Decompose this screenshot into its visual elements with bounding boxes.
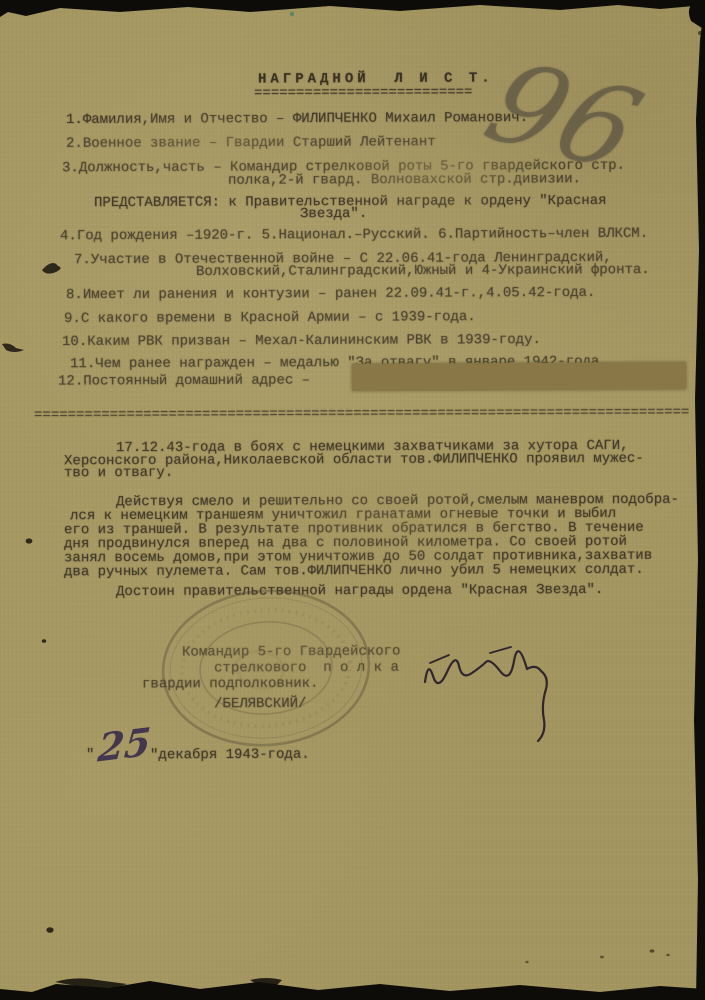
scan-edge-right	[694, 0, 705, 1000]
field-presented-cont: Звезда".	[300, 207, 367, 223]
field-name: 1.Фамилия,Имя и Отчество – ФИЛИПЧЕНКО Ми…	[66, 111, 528, 128]
scan-edge-bottom-smudge	[55, 978, 282, 989]
field-drafted-by: 10.Каким РВК призван – Мехал-Калининским…	[62, 333, 541, 350]
date-open-quote: "	[86, 748, 94, 763]
award-sheet-page: НАГРАДНОЙ Л И С Т. =====================…	[0, 0, 705, 1000]
field-home-address: 12.Постоянный домашний адрес –	[58, 373, 310, 389]
date-typed: "декабря 1943-года.	[150, 748, 310, 764]
title-underline: ==========================	[254, 86, 473, 102]
field-wounds: 8.Имеет ли ранения и контузии – ранен 22…	[66, 286, 595, 304]
signature-ink	[425, 647, 547, 741]
signer-rank-line: гвардии подполковник.	[142, 677, 319, 693]
handwritten-day-number: 25	[96, 718, 153, 770]
scan-edge-top	[0, 0, 705, 17]
field-army-since: 9.С какого времени в Красной Армии – с 1…	[64, 310, 476, 327]
signer-name-typed: /БЕЛЯВСКИЙ/	[214, 697, 306, 713]
scan-edge-bottom	[0, 981, 705, 1000]
teal-speck	[290, 12, 294, 16]
field-birth-nation-party: 4.Год рождения –1920-г. 5.Национал.–Русс…	[60, 227, 648, 245]
citation-line: тво и отвагу.	[64, 466, 173, 482]
field-war-participation-cont: Волховский,Сталинградский,Южный и 4-Укра…	[196, 263, 650, 280]
citation-line: два ручных пулемета. Сам тов.ФИЛИПЧЕНКО …	[64, 563, 644, 581]
signer-title-line: стрелкового п о л к а	[214, 661, 399, 677]
field-rank: 2.Военное звание – Гвардии Старший Лейте…	[66, 135, 436, 152]
scan-edge-top-right-wedge	[689, 0, 705, 30]
signer-title-line: Командир 5-го Гвардейского	[182, 645, 401, 661]
redaction-box-home-address	[352, 362, 686, 391]
conclusion-line: Достоин правительственной награды ордена…	[116, 583, 603, 601]
section-divider: ========================================…	[34, 406, 689, 424]
